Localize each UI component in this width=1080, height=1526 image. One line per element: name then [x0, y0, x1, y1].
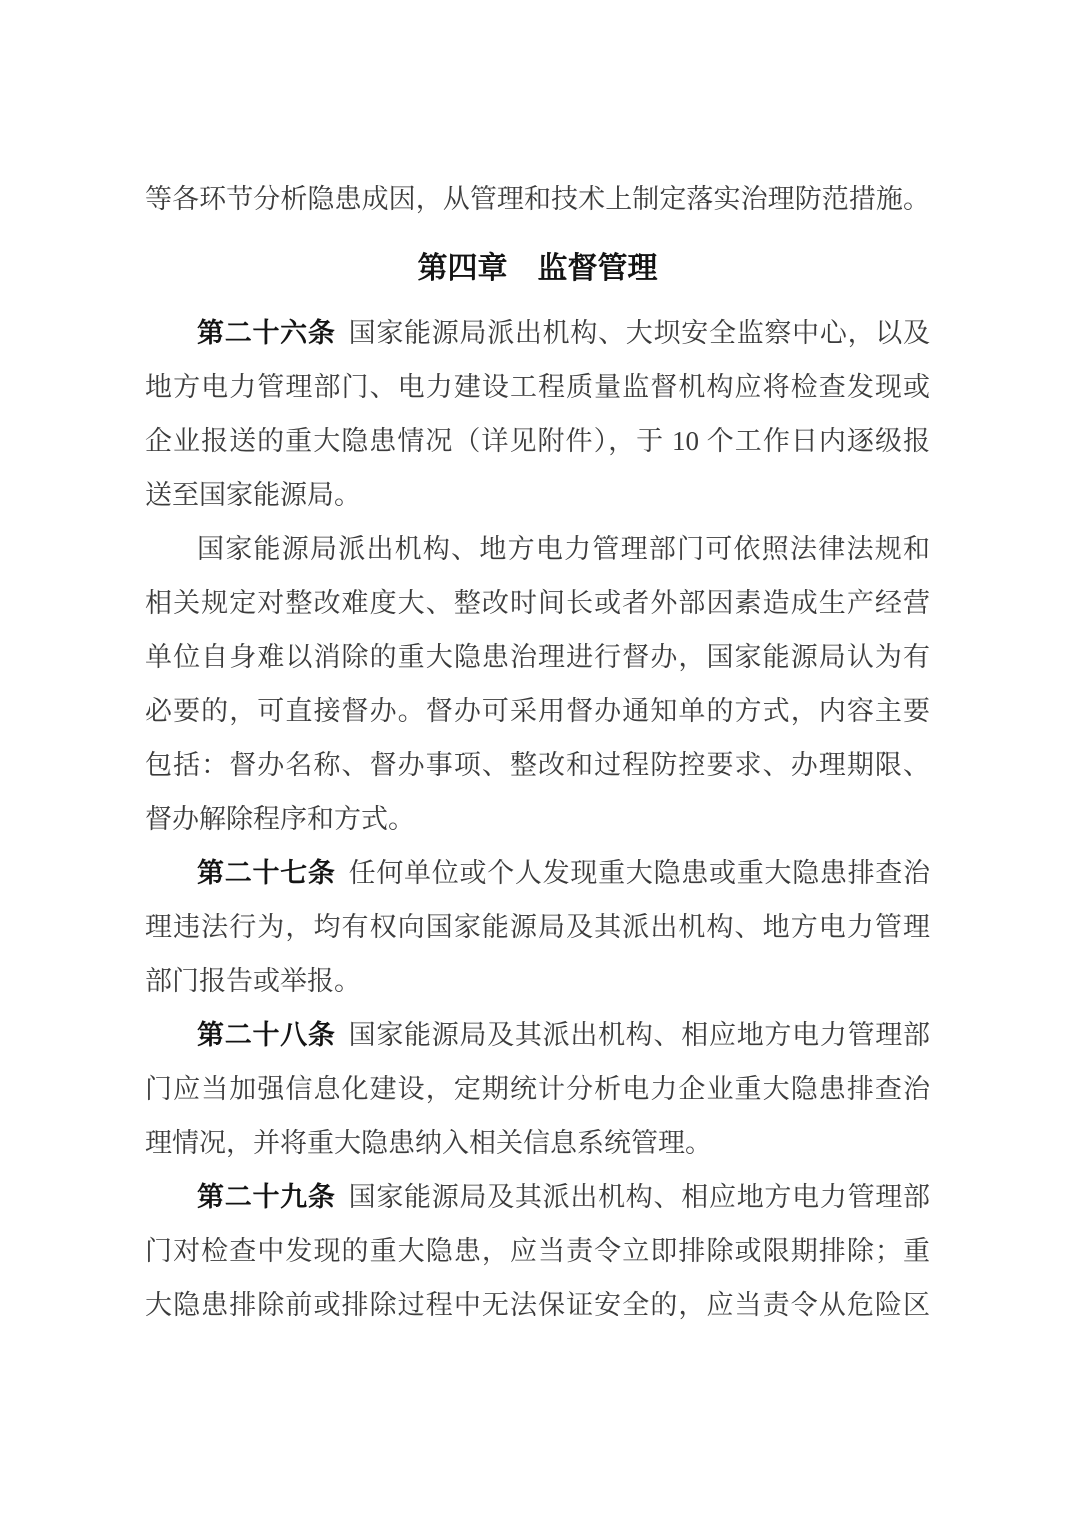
text-line: 门对检查中发现的重大隐患，应当责令立即排除或限期排除；重: [145, 1224, 930, 1278]
document-page: 等各环节分析隐患成因，从管理和技术上制定落实治理防范措施。第四章 监督管理第二十…: [0, 0, 1080, 1526]
article-paragraph: 第二十八条国家能源局及其派出机构、相应地方电力管理部门应当加强信息化建设，定期统…: [145, 1008, 930, 1170]
text-line: 第二十八条国家能源局及其派出机构、相应地方电力管理部: [145, 1008, 930, 1062]
body-paragraph: 国家能源局派出机构、地方电力管理部门可依照法律法规和相关规定对整改难度大、整改时…: [145, 522, 930, 846]
text-line: 企业报送的重大隐患情况（详见附件），于 10 个工作日内逐级报: [145, 414, 930, 468]
text-line: 理违法行为，均有权向国家能源局及其派出机构、地方电力管理: [145, 900, 930, 954]
text-line: 送至国家能源局。: [145, 468, 930, 522]
text-line: 单位自身难以消除的重大隐患治理进行督办，国家能源局认为有: [145, 630, 930, 684]
text-line: 第二十七条任何单位或个人发现重大隐患或重大隐患排查治: [145, 846, 930, 900]
text-line: 必要的，可直接督办。督办可采用督办通知单的方式，内容主要: [145, 684, 930, 738]
article-paragraph: 第二十六条国家能源局派出机构、大坝安全监察中心，以及地方电力管理部门、电力建设工…: [145, 306, 930, 522]
text-line: 理情况，并将重大隐患纳入相关信息系统管理。: [145, 1116, 930, 1170]
article-number: 第二十九条: [197, 1182, 336, 1212]
article-paragraph: 第二十九条国家能源局及其派出机构、相应地方电力管理部门对检查中发现的重大隐患，应…: [145, 1170, 930, 1332]
chapter-heading: 第四章 监督管理: [145, 242, 930, 296]
document-body: 等各环节分析隐患成因，从管理和技术上制定落实治理防范措施。第四章 监督管理第二十…: [145, 172, 930, 1332]
text-line: 部门报告或举报。: [145, 954, 930, 1008]
article-number: 第二十八条: [197, 1020, 336, 1050]
article-number: 第二十六条: [197, 318, 336, 348]
body-paragraph: 等各环节分析隐患成因，从管理和技术上制定落实治理防范措施。: [145, 172, 930, 226]
text-line: 大隐患排除前或排除过程中无法保证安全的，应当责令从危险区: [145, 1278, 930, 1332]
text-line: 门应当加强信息化建设，定期统计分析电力企业重大隐患排查治: [145, 1062, 930, 1116]
text-line: 第二十九条国家能源局及其派出机构、相应地方电力管理部: [145, 1170, 930, 1224]
text-line: 第二十六条国家能源局派出机构、大坝安全监察中心，以及: [145, 306, 930, 360]
text-line: 等各环节分析隐患成因，从管理和技术上制定落实治理防范措施。: [145, 172, 930, 226]
text-line: 包括：督办名称、督办事项、整改和过程防控要求、办理期限、: [145, 738, 930, 792]
text-line: 地方电力管理部门、电力建设工程质量监督机构应将检查发现或: [145, 360, 930, 414]
text-line: 国家能源局派出机构、地方电力管理部门可依照法律法规和: [145, 522, 930, 576]
text-line: 督办解除程序和方式。: [145, 792, 930, 846]
article-number: 第二十七条: [197, 858, 336, 888]
article-paragraph: 第二十七条任何单位或个人发现重大隐患或重大隐患排查治理违法行为，均有权向国家能源…: [145, 846, 930, 1008]
text-line: 相关规定对整改难度大、整改时间长或者外部因素造成生产经营: [145, 576, 930, 630]
